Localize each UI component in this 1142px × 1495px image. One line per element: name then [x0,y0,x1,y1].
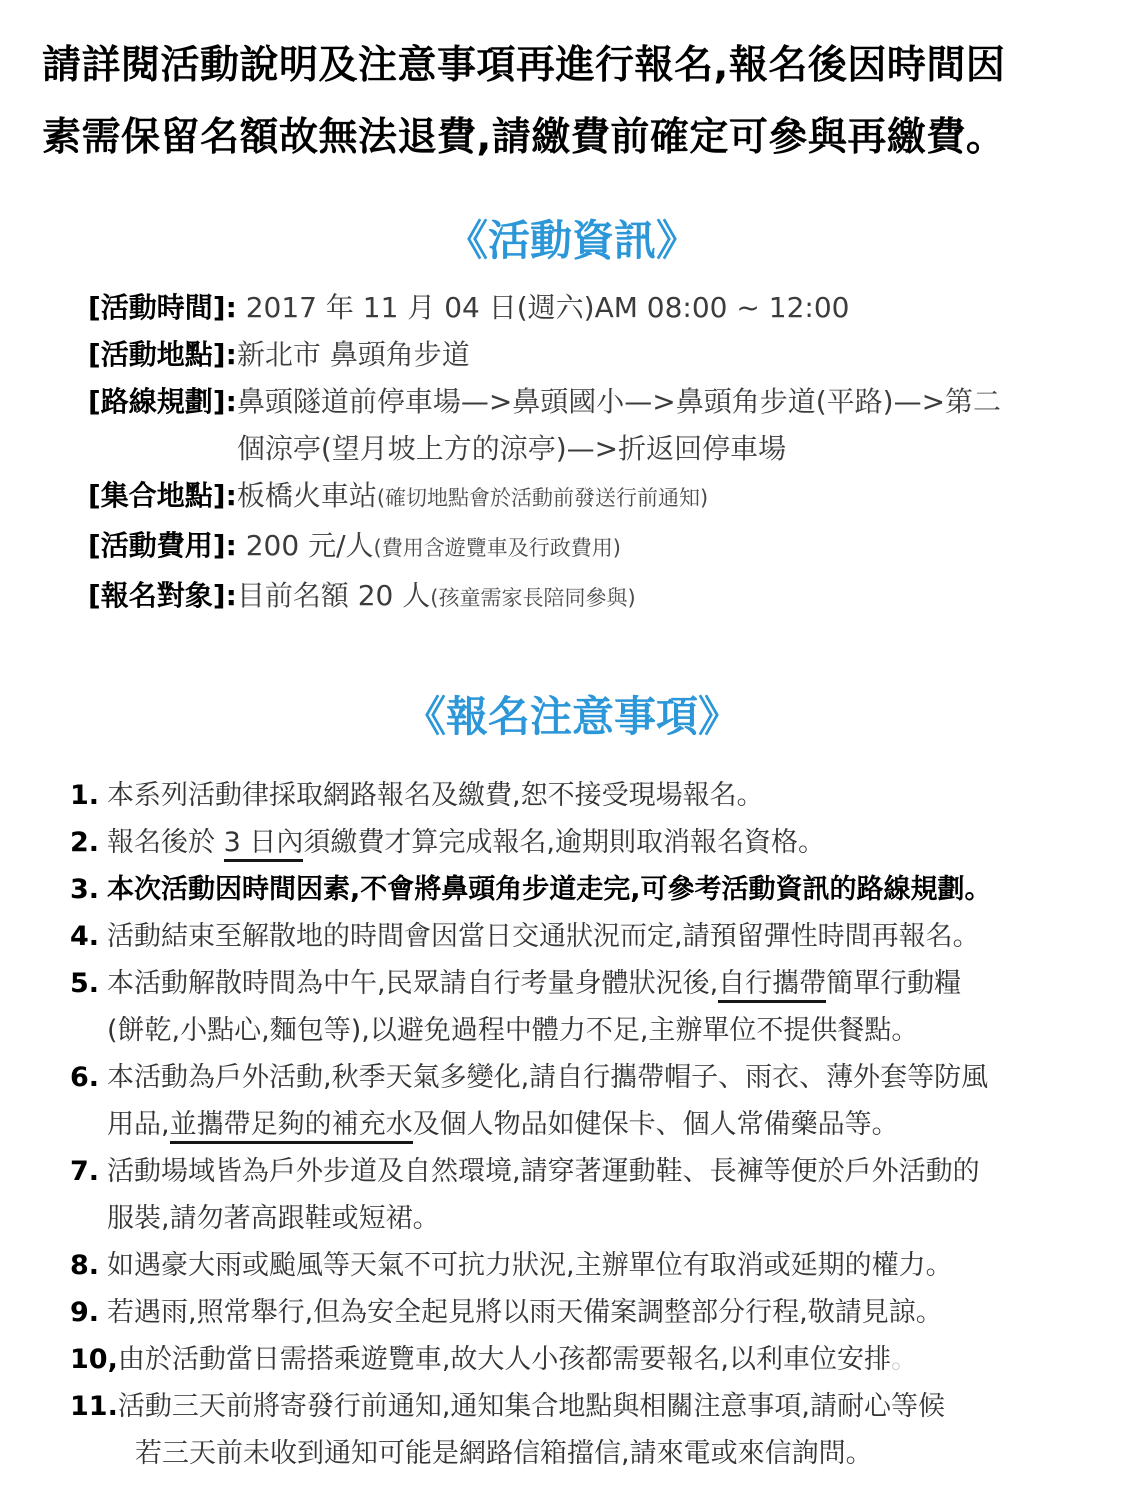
info-label: [活動費用] [88,522,226,569]
info-value: 2017 年 11 月 04 日(週六)AM 08:00 ~ 12:00 [237,284,850,331]
note-item-text: 活動場域皆為戶外步道及自然環境,請穿著運動鞋、長褲等便於戶外活動的 服裝,請勿著… [107,1148,980,1242]
note-item: 6.本活動為戶外活動,秋季天氣多變化,請自行攜帶帽子、雨衣、薄外套等防風 用品,… [70,1054,1096,1148]
note-text-segment: 若遇雨,照常舉行,但為安全起見將以雨天備案調整部分行程,敬請見諒。 [107,1297,943,1328]
info-colon: : [226,572,237,619]
info-value: 200 元/人(費用含遊覽車及行政費用) [237,522,621,572]
note-item-text: 本活動解散時間為中午,民眾請自行考量身體狀況後,自行攜帶簡單行動糧 (餅乾,小點… [107,960,961,1054]
note-item: 8.如遇豪大雨或颱風等天氣不可抗力狀況,主辦單位有取消或延期的權力。 [70,1242,1096,1289]
note-item-marker: 8. [70,1242,107,1289]
note-item-marker: 10, [70,1336,118,1383]
note-text-segment: 須繳費才算完成報名,逾期則取消報名資格。 [303,827,825,858]
note-text-segment: 活動結束至解散地的時間會因當日交通狀況而定,請預留彈性時間再報名。 [107,921,980,952]
note-text-segment: 如遇豪大雨或颱風等天氣不可抗力狀況,主辦單位有取消或延期的權力。 [107,1250,953,1281]
note-item-marker: 6. [70,1054,107,1101]
note-text-segment: 自行攜帶 [718,968,826,1003]
note-item: 9.若遇雨,照常舉行,但為安全起見將以雨天備案調整部分行程,敬請見諒。 [70,1289,1096,1336]
note-item: 5.本活動解散時間為中午,民眾請自行考量身體狀況後,自行攜帶簡單行動糧 (餅乾,… [70,960,1096,1054]
info-label: [報名對象] [88,572,226,619]
event-notice-document: 請詳閱活動說明及注意事項再進行報名,報名後因時間因 素需保留名額故無法退費,請繳… [0,0,1142,1495]
note-item-text: 本次活動因時間因素,不會將鼻頭角步道走完,可參考活動資訊的路線規劃。 [107,866,992,913]
note-item-marker: 4. [70,913,107,960]
info-row: [路線規劃]:鼻頭隧道前停車場—>鼻頭國小—>鼻頭角步道(平路)—>第二 個涼亭… [88,378,1102,472]
note-item-text: 活動三天前將寄發行前通知,通知集合地點與相關注意事項,請耐心等候 若三天前未收到… [118,1383,945,1477]
info-note: (孩童需家長陪同參與) [430,586,635,610]
note-item: 2.報名後於 3 日內須繳費才算完成報名,逾期則取消報名資格。 [70,819,1096,866]
info-value: 新北市 鼻頭角步道 [237,331,470,378]
info-value: 板橋火車站(確切地點會於活動前發送行前通知) [237,472,708,522]
note-item-text: 由於活動當日需搭乘遊覽車,故大人小孩都需要報名,以利車位安排。 [118,1336,918,1383]
info-row: [活動時間]: 2017 年 11 月 04 日(週六)AM 08:00 ~ 1… [88,284,1102,331]
note-text-segment: 本次活動因時間因素,不會將鼻頭角步道走完,可參考活動資訊的路線規劃。 [107,874,992,905]
note-item-text: 本活動為戶外活動,秋季天氣多變化,請自行攜帶帽子、雨衣、薄外套等防風 用品,並攜… [107,1054,988,1148]
note-text-segment: 活動場域皆為戶外步道及自然環境,請穿著運動鞋、長褲等便於戶外活動的 服裝,請勿著… [107,1156,980,1234]
note-item-marker: 5. [70,960,107,1007]
info-label: [路線規劃] [88,378,226,425]
note-item-marker: 11. [70,1383,118,1430]
info-note: (費用含遊覽車及行政費用) [374,536,621,560]
note-item: 3.本次活動因時間因素,不會將鼻頭角步道走完,可參考活動資訊的路線規劃。 [70,866,1096,913]
info-colon: : [226,284,237,331]
note-item: 1.本系列活動律採取網路報名及繳費,恕不接受現場報名。 [70,772,1096,819]
note-text-segment: 活動三天前將寄發行前通知,通知集合地點與相關注意事項,請耐心等候 若三天前未收到… [118,1391,945,1469]
note-item-text: 如遇豪大雨或颱風等天氣不可抗力狀況,主辦單位有取消或延期的權力。 [107,1242,953,1289]
info-colon: : [226,522,237,569]
info-row: [報名對象]:目前名額 20 人(孩童需家長陪同參與) [88,572,1102,622]
note-text-segment: 及個人物品如健保卡、個人常備藥品等。 [413,1109,899,1140]
note-text-segment: 由於活動當日需搭乘遊覽車,故大人小孩都需要報名,以利車位安排 [118,1344,891,1375]
note-text-segment: 。 [891,1344,918,1375]
info-value: 目前名額 20 人(孩童需家長陪同參與) [237,572,636,622]
note-item: 11.活動三天前將寄發行前通知,通知集合地點與相關注意事項,請耐心等候 若三天前… [70,1383,1096,1477]
note-item-text: 報名後於 3 日內須繳費才算完成報名,逾期則取消報名資格。 [107,819,825,866]
note-item: 10,由於活動當日需搭乘遊覽車,故大人小孩都需要報名,以利車位安排。 [70,1336,1096,1383]
note-item-marker: 2. [70,819,107,866]
note-item-marker: 9. [70,1289,107,1336]
info-colon: : [226,472,237,519]
notes-list: 1.本系列活動律採取網路報名及繳費,恕不接受現場報名。2.報名後於 3 日內須繳… [42,772,1102,1477]
info-label: [集合地點] [88,472,226,519]
info-list: [活動時間]: 2017 年 11 月 04 日(週六)AM 08:00 ~ 1… [42,284,1102,622]
note-item-marker: 7. [70,1148,107,1195]
intro-warning-paragraph: 請詳閱活動說明及注意事項再進行報名,報名後因時間因 素需保留名額故無法退費,請繳… [42,30,1102,174]
note-item-marker: 1. [70,772,107,819]
info-label: [活動地點] [88,331,226,378]
info-colon: : [226,378,237,425]
note-item-text: 活動結束至解散地的時間會因當日交通狀況而定,請預留彈性時間再報名。 [107,913,980,960]
note-text-segment: 本活動解散時間為中午,民眾請自行考量身體狀況後, [107,968,718,999]
info-row: [集合地點]:板橋火車站(確切地點會於活動前發送行前通知) [88,472,1102,522]
note-text-segment: 本系列活動律採取網路報名及繳費,恕不接受現場報名。 [107,780,764,811]
note-item-text: 本系列活動律採取網路報名及繳費,恕不接受現場報名。 [107,772,764,819]
info-label: [活動時間] [88,284,226,331]
note-item-marker: 3. [70,866,107,913]
note-item: 4.活動結束至解散地的時間會因當日交通狀況而定,請預留彈性時間再報名。 [70,913,1096,960]
notes-section-title: 《報名注意事項》 [42,684,1102,744]
info-row: [活動費用]: 200 元/人(費用含遊覽車及行政費用) [88,522,1102,572]
info-row: [活動地點]:新北市 鼻頭角步道 [88,331,1102,378]
note-item-text: 若遇雨,照常舉行,但為安全起見將以雨天備案調整部分行程,敬請見諒。 [107,1289,943,1336]
info-value: 鼻頭隧道前停車場—>鼻頭國小—>鼻頭角步道(平路)—>第二 個涼亭(望月坡上方的… [237,378,1001,472]
info-colon: : [226,331,237,378]
info-section-title: 《活動資訊》 [42,208,1102,268]
note-text-segment: 報名後於 [107,827,224,858]
info-note: (確切地點會於活動前發送行前通知) [377,486,708,510]
note-text-segment: 並攜帶足夠的補充水 [170,1109,413,1144]
note-text-segment: 3 日內 [224,827,304,862]
note-item: 7.活動場域皆為戶外步道及自然環境,請穿著運動鞋、長褲等便於戶外活動的 服裝,請… [70,1148,1096,1242]
